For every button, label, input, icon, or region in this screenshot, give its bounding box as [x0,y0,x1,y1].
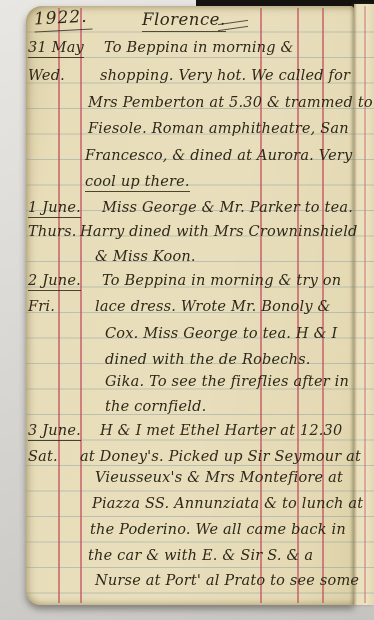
entry-text: Cox. Miss George to tea. H & I [105,326,337,342]
diary-line: the car & with E. & Sir S. & a [0,548,374,574]
entry-text: Vieusseux's & Mrs Montefiore at [95,470,343,486]
diary-line: the Poderino. We all came back in [0,522,374,548]
diary-line: Cox. Miss George to tea. H & I [0,326,374,352]
entry-date: Thurs. [28,224,77,240]
entry-text: cool up there. [85,174,190,192]
year-label: 1922. [33,7,92,33]
entry-date: 2 June. [28,273,81,291]
diary-line: Wed.shopping. Very hot. We called for [0,68,374,94]
entry-text: Miss George & Mr. Parker to tea. [102,200,353,216]
place-title: Florence. [142,10,226,32]
entry-text: lace dress. Wrote Mr. Bonoly & [95,299,331,315]
entry-text: To Beppina in morning & try on [102,273,341,289]
diary-line: 3 June.H & I met Ethel Harter at 12.30 [0,423,374,449]
diary-line: Nurse at Port' al Prato to see some [0,573,374,599]
entry-text: Harry dined with Mrs Crowninshield [80,224,358,240]
diary-line: the cornfield. [0,399,374,425]
diary-line: & Miss Koon. [0,249,374,275]
entry-date: 31 May [28,40,84,58]
diary-line: Francesco, & dined at Aurora. Very [0,148,374,174]
diary-line: Vieusseux's & Mrs Montefiore at [0,470,374,496]
entry-text: Fiesole. Roman amphitheatre, San [88,121,349,137]
entry-text: Gika. To see the fireflies after in [105,374,349,390]
entry-text: Nurse at Port' al Prato to see some [95,573,359,589]
entry-text: Mrs Pemberton at 5.30 & trammed to [88,95,373,111]
diary-line: Fiesole. Roman amphitheatre, San [0,121,374,147]
entry-text: the car & with E. & Sir S. & a [88,548,313,564]
entry-text: H & I met Ethel Harter at 12.30 [100,423,342,439]
entry-date: Wed. [28,68,65,84]
handwriting-layer: 1922. Florence. 31 MayTo Beppina in morn… [0,0,374,620]
entry-date: 1 June. [28,200,81,218]
entry-text: the Poderino. We all came back in [90,522,346,538]
scanned-diary-screenshot: { "colors": { "paper": "#e8debc", "rule_… [0,0,374,620]
entry-text: the cornfield. [105,399,206,415]
entry-text: Piazza SS. Annunziata & to lunch at [92,496,363,512]
diary-line: Mrs Pemberton at 5.30 & trammed to [0,95,374,121]
entry-text: To Beppina in morning & [104,40,294,56]
diary-line: 31 MayTo Beppina in morning & [0,40,374,66]
diary-line: Piazza SS. Annunziata & to lunch at [0,496,374,522]
entry-text: Francesco, & dined at Aurora. Very [85,148,352,164]
entry-text: dined with the de Robechs. [105,352,311,368]
diary-line: Fri.lace dress. Wrote Mr. Bonoly & [0,299,374,325]
diary-line: 1 June.Miss George & Mr. Parker to tea. [0,200,374,226]
entry-date: Fri. [28,299,55,315]
diary-line: cool up there. [0,174,374,200]
diary-line: 2 June.To Beppina in morning & try on [0,273,374,299]
entry-text: & Miss Koon. [95,249,196,265]
diary-line: Gika. To see the fireflies after in [0,374,374,400]
diary-line: Thurs.Harry dined with Mrs Crowninshield [0,224,374,250]
entry-date: 3 June. [28,423,81,441]
entry-text: at Doney's. Picked up Sir Seymour at [80,449,361,465]
entry-date: Sat. [28,449,58,465]
entry-text: shopping. Very hot. We called for [100,68,350,84]
